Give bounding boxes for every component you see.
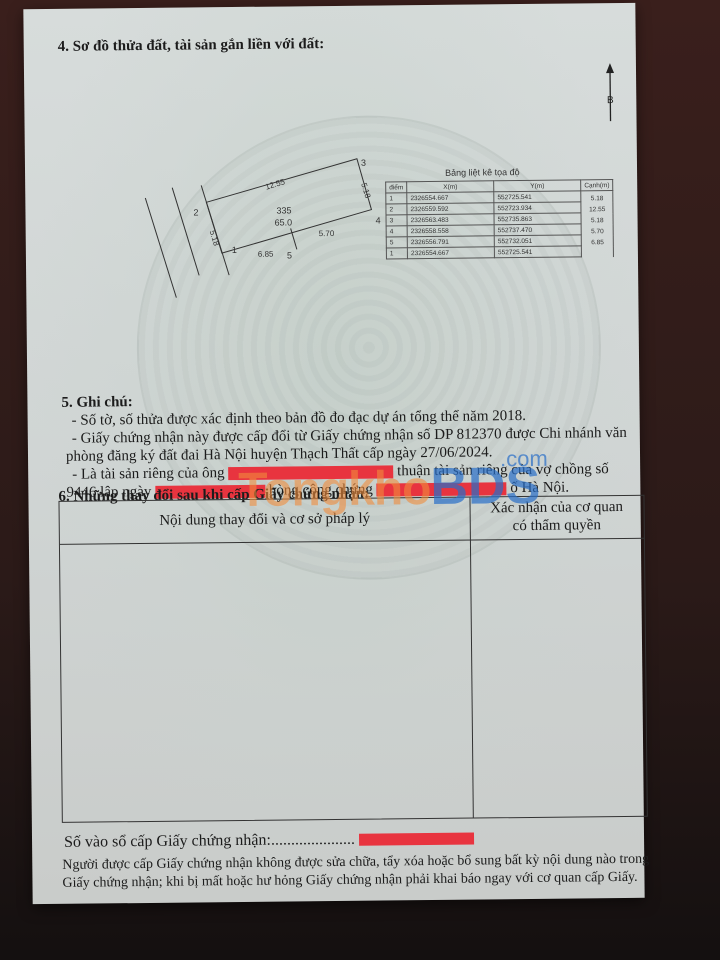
col-y: Y(m): [494, 180, 581, 192]
coord-cell-edge: 5.18: [581, 191, 613, 202]
register-number: Số vào sổ cấp Giấy chứng nhận:..........…: [64, 830, 474, 852]
north-arrow-icon: B: [604, 63, 617, 123]
coord-cell-point: 1: [386, 248, 407, 259]
svg-text:5: 5: [287, 250, 292, 260]
svg-text:3: 3: [361, 158, 366, 168]
svg-text:335: 335: [276, 205, 291, 215]
coord-cell-point: 1: [386, 193, 407, 204]
svg-text:4: 4: [376, 215, 381, 225]
watermark-logo: .com TongkhoBDS: [238, 456, 540, 519]
authority-header-line2: có thẩm quyền: [470, 516, 644, 536]
col-edge: Cạnh(m): [581, 180, 613, 191]
redaction-bar: [359, 833, 474, 846]
coord-cell-x: 2326556.791: [407, 236, 494, 248]
coord-cell-x: 2326554.667: [407, 247, 494, 259]
coord-cell-x: 2326559.592: [407, 203, 494, 215]
register-label: Số vào sổ cấp Giấy chứng nhận:..........…: [64, 831, 355, 851]
svg-text:12.55: 12.55: [264, 177, 286, 192]
coord-cell-edge: 5.70: [581, 224, 613, 235]
coord-cell-y: 552735.863: [494, 213, 581, 225]
coord-cell-y: 552725.541: [494, 246, 581, 258]
coord-table-title: Bảng liệt kê tọa độ: [445, 167, 520, 178]
coord-cell-point: 5: [386, 237, 407, 248]
coord-cell-point: 2: [386, 204, 407, 215]
coord-cell-edge: 12.55: [581, 202, 613, 213]
coord-cell-x: 2326563.483: [407, 214, 494, 226]
svg-text:5.18: 5.18: [359, 182, 372, 200]
svg-text:6.85: 6.85: [258, 250, 274, 259]
changes-table: Nội dung thay đổi và cơ sở pháp lý Xác n…: [58, 495, 647, 823]
svg-text:B: B: [607, 95, 614, 106]
coord-cell-y: 552737.470: [494, 224, 581, 236]
col-point: điểm: [386, 182, 407, 193]
svg-text:2: 2: [193, 207, 198, 217]
coord-cell-point: 4: [386, 226, 407, 237]
svg-text:5.70: 5.70: [319, 229, 335, 238]
svg-text:5.18: 5.18: [208, 229, 221, 247]
watermark-suffix: .com: [500, 446, 548, 472]
coord-cell-x: 2326554.667: [407, 192, 494, 204]
coord-cell-point: 3: [386, 215, 407, 226]
coord-cell-edge: 5.18: [581, 213, 613, 224]
coord-cell-x: 2326558.558: [407, 225, 494, 237]
section4-title: 4. Sơ đồ thửa đất, tài sản gắn liền với …: [58, 36, 325, 56]
header-divider: [60, 538, 644, 545]
coord-cell-edge: 6.85: [581, 235, 613, 246]
svg-text:65.0: 65.0: [275, 217, 293, 227]
coord-table-row: 12326554.667552725.541: [386, 246, 613, 259]
watermark-part1: Tongkho: [238, 462, 431, 517]
land-plot-diagram: 1 2 3 4 5 12.55 5.18 5.18 5.70 6.85 335 …: [135, 155, 387, 308]
coordinate-table: điểm X(m) Y(m) Cạnh(m) 12326554.66755272…: [385, 179, 614, 259]
svg-text:1: 1: [232, 245, 237, 255]
footer-notice: Người được cấp Giấy chứng nhận không đượ…: [62, 851, 652, 893]
coord-cell-y: 552725.541: [494, 191, 581, 203]
coord-cell-y: 552732.051: [494, 235, 581, 247]
certificate-page: 4. Sơ đồ thửa đất, tài sản gắn liền với …: [23, 3, 644, 904]
coord-cell-edge: [581, 246, 613, 257]
col-x: X(m): [407, 181, 494, 193]
coord-cell-y: 552723.934: [494, 202, 581, 214]
note-3a-start: - Là tài sản riêng của ông: [72, 465, 225, 483]
column-divider: [469, 498, 473, 818]
